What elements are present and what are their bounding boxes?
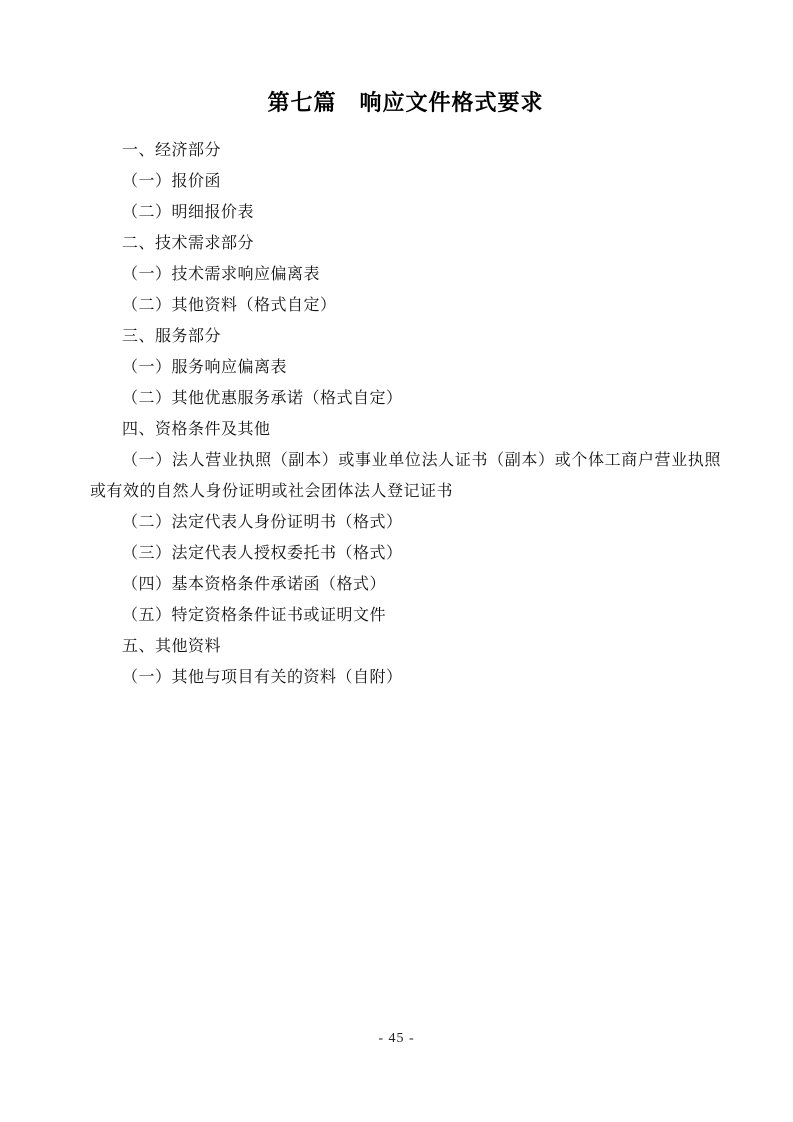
outline-item-12: （二）法定代表人身份证明书（格式）: [90, 507, 721, 538]
outline-item-7: 三、服务部分: [90, 321, 721, 352]
outline-item-4: 二、技术需求部分: [90, 228, 721, 259]
outline-item-15: （五）特定资格条件证书或证明文件: [90, 600, 721, 631]
outline-item-3: （二）明细报价表: [90, 197, 721, 228]
outline-item-6: （二）其他资料（格式自定）: [90, 290, 721, 321]
document-page: 第七篇 响应文件格式要求 一、经济部分 （一）报价函 （二）明细报价表 二、技术…: [0, 0, 793, 1122]
page-title: 第七篇 响应文件格式要求: [90, 86, 721, 120]
outline-item-16: 五、其他资料: [90, 631, 721, 662]
outline-item-5: （一）技术需求响应偏离表: [90, 259, 721, 290]
outline-item-17: （一）其他与项目有关的资料（自附）: [90, 662, 721, 693]
outline-item-11: （一）法人营业执照（副本）或事业单位法人证书（副本）或个体工商户营业执照或有效的…: [90, 445, 721, 507]
outline-item-2: （一）报价函: [90, 166, 721, 197]
outline-item-14: （四）基本资格条件承诺函（格式）: [90, 569, 721, 600]
outline-item-10: 四、资格条件及其他: [90, 414, 721, 445]
outline-item-13: （三）法定代表人授权委托书（格式）: [90, 538, 721, 569]
outline-item-8: （一）服务响应偏离表: [90, 352, 721, 383]
page-number: - 45 -: [0, 1031, 793, 1047]
outline-item-1: 一、经济部分: [90, 135, 721, 166]
outline-item-9: （二）其他优惠服务承诺（格式自定）: [90, 383, 721, 414]
